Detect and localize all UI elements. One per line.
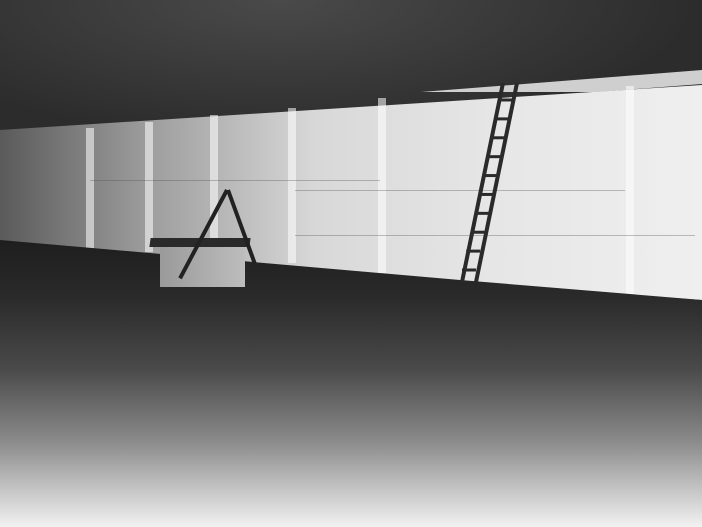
- night-photo: [0, 0, 702, 527]
- ladder: [0, 0, 702, 527]
